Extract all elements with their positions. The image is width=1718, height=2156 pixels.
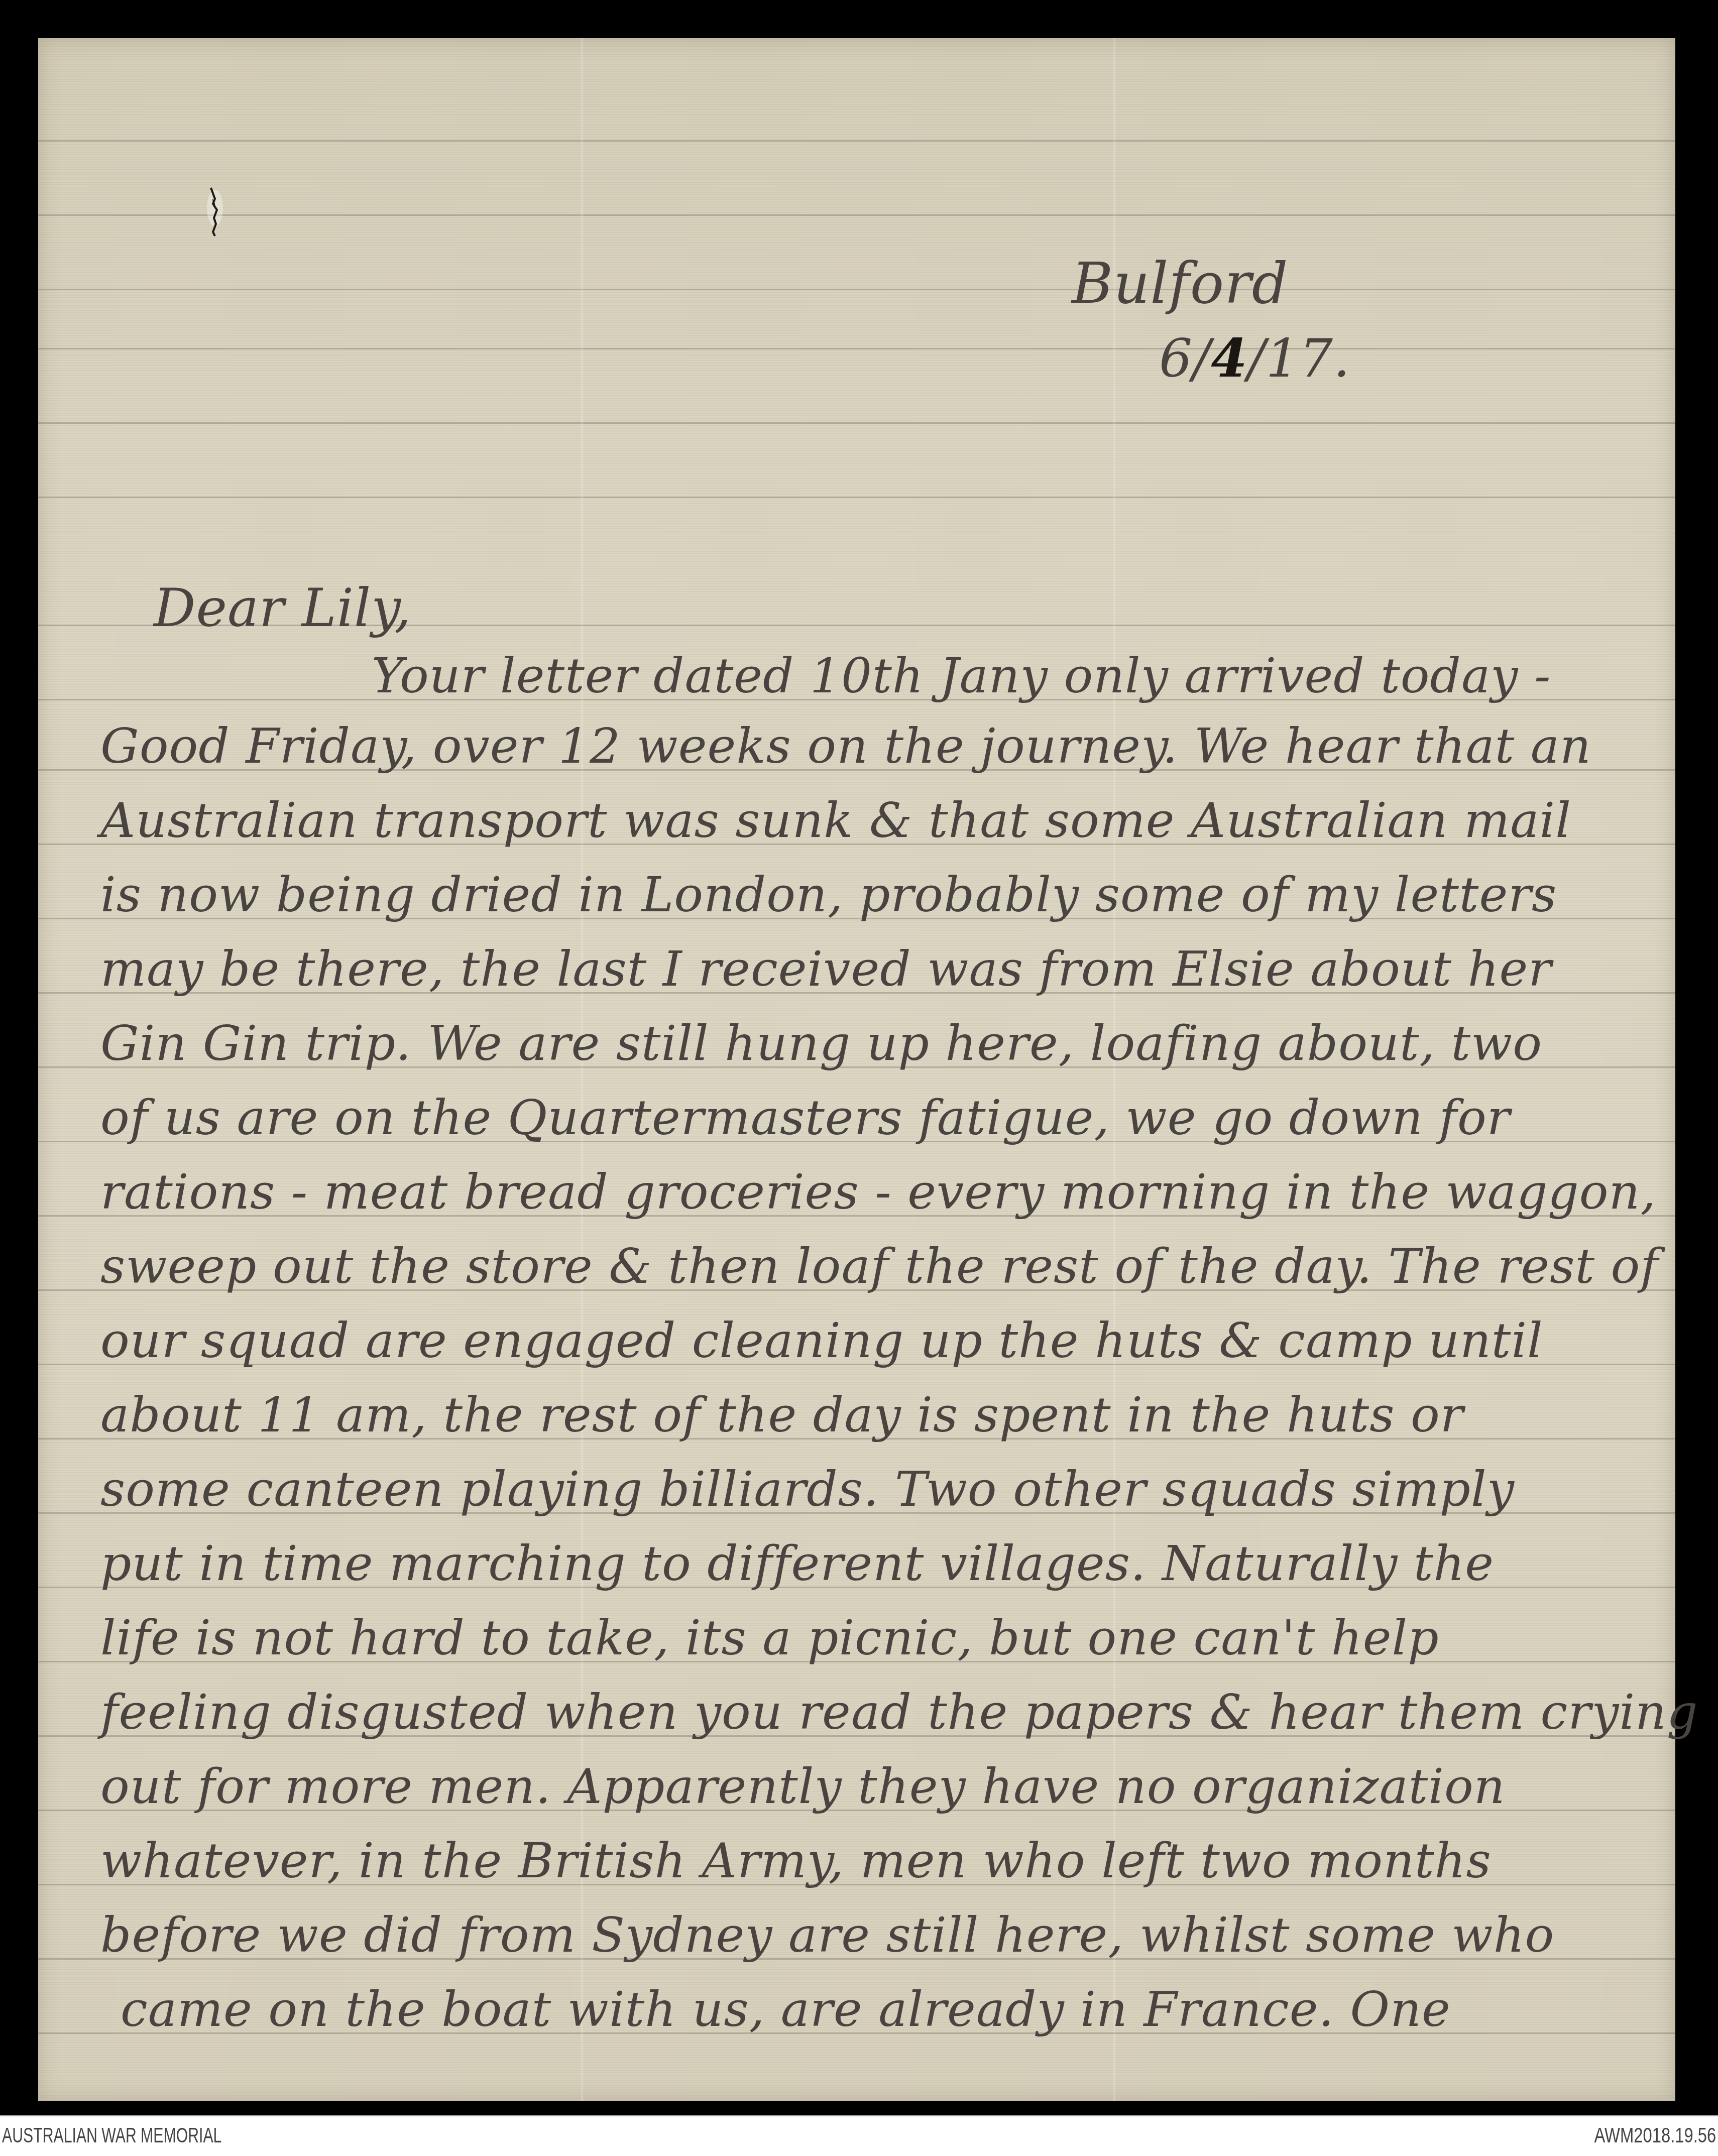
accession-number: AWM2018.19.56 — [1594, 2123, 1716, 2147]
ruled-line — [38, 214, 1675, 216]
letter-line: put in time marching to different villag… — [100, 1535, 1607, 1592]
letter-line: is now being dried in London, probably s… — [100, 867, 1607, 923]
letter-line: sweep out the store & then loaf the rest… — [100, 1238, 1607, 1294]
letter-line: whatever, in the British Army, men who l… — [100, 1833, 1607, 1889]
letter-line: Good Friday, over 12 weeks on the journe… — [100, 718, 1607, 774]
letter-line: our squad are engaged cleaning up the hu… — [100, 1312, 1607, 1369]
letter-line: before we did from Sydney are still here… — [100, 1907, 1607, 1963]
caption-strip: AUSTRALIAN WAR MEMORIAL AWM2018.19.56 — [0, 2115, 1718, 2156]
letter-salutation: Dear Lily, — [154, 577, 411, 639]
letter-line: about 11 am, the rest of the day is spen… — [100, 1387, 1607, 1443]
date-year: /17. — [1248, 328, 1350, 389]
paper-tear-icon — [204, 184, 224, 239]
letter-line: rations - meat bread groceries - every m… — [100, 1164, 1607, 1220]
ruled-line — [38, 289, 1675, 290]
ruled-line — [38, 497, 1675, 498]
letter-place: Bulford — [1072, 251, 1288, 316]
letter-line: feeling disgusted when you read the pape… — [100, 1684, 1607, 1740]
ruled-line — [38, 422, 1675, 424]
date-day: 6/ — [1159, 328, 1211, 389]
ruled-line — [38, 140, 1675, 142]
institution-label: AUSTRALIAN WAR MEMORIAL — [2, 2123, 221, 2147]
date-month: 4 — [1211, 327, 1247, 389]
letter-line: Gin Gin trip. We are still hung up here,… — [100, 1015, 1607, 1071]
letter-line: came on the boat with us, are already in… — [121, 1981, 1537, 2038]
letter-date: 6/4/17. — [1159, 327, 1350, 389]
letter-line: of us are on the Quartermasters fatigue,… — [100, 1090, 1607, 1146]
letter-line: out for more men. Apparently they have n… — [100, 1758, 1607, 1815]
letter-line: may be there, the last I received was fr… — [100, 941, 1607, 997]
letter-line: life is not hard to take, its a picnic, … — [100, 1610, 1607, 1666]
letter-line: Australian transport was sunk & that som… — [100, 792, 1607, 849]
letter-line: Your letter dated 10th Jany only arrived… — [372, 648, 1502, 704]
ruled-line — [38, 348, 1675, 349]
letter-line: some canteen playing billiards. Two othe… — [100, 1461, 1607, 1517]
